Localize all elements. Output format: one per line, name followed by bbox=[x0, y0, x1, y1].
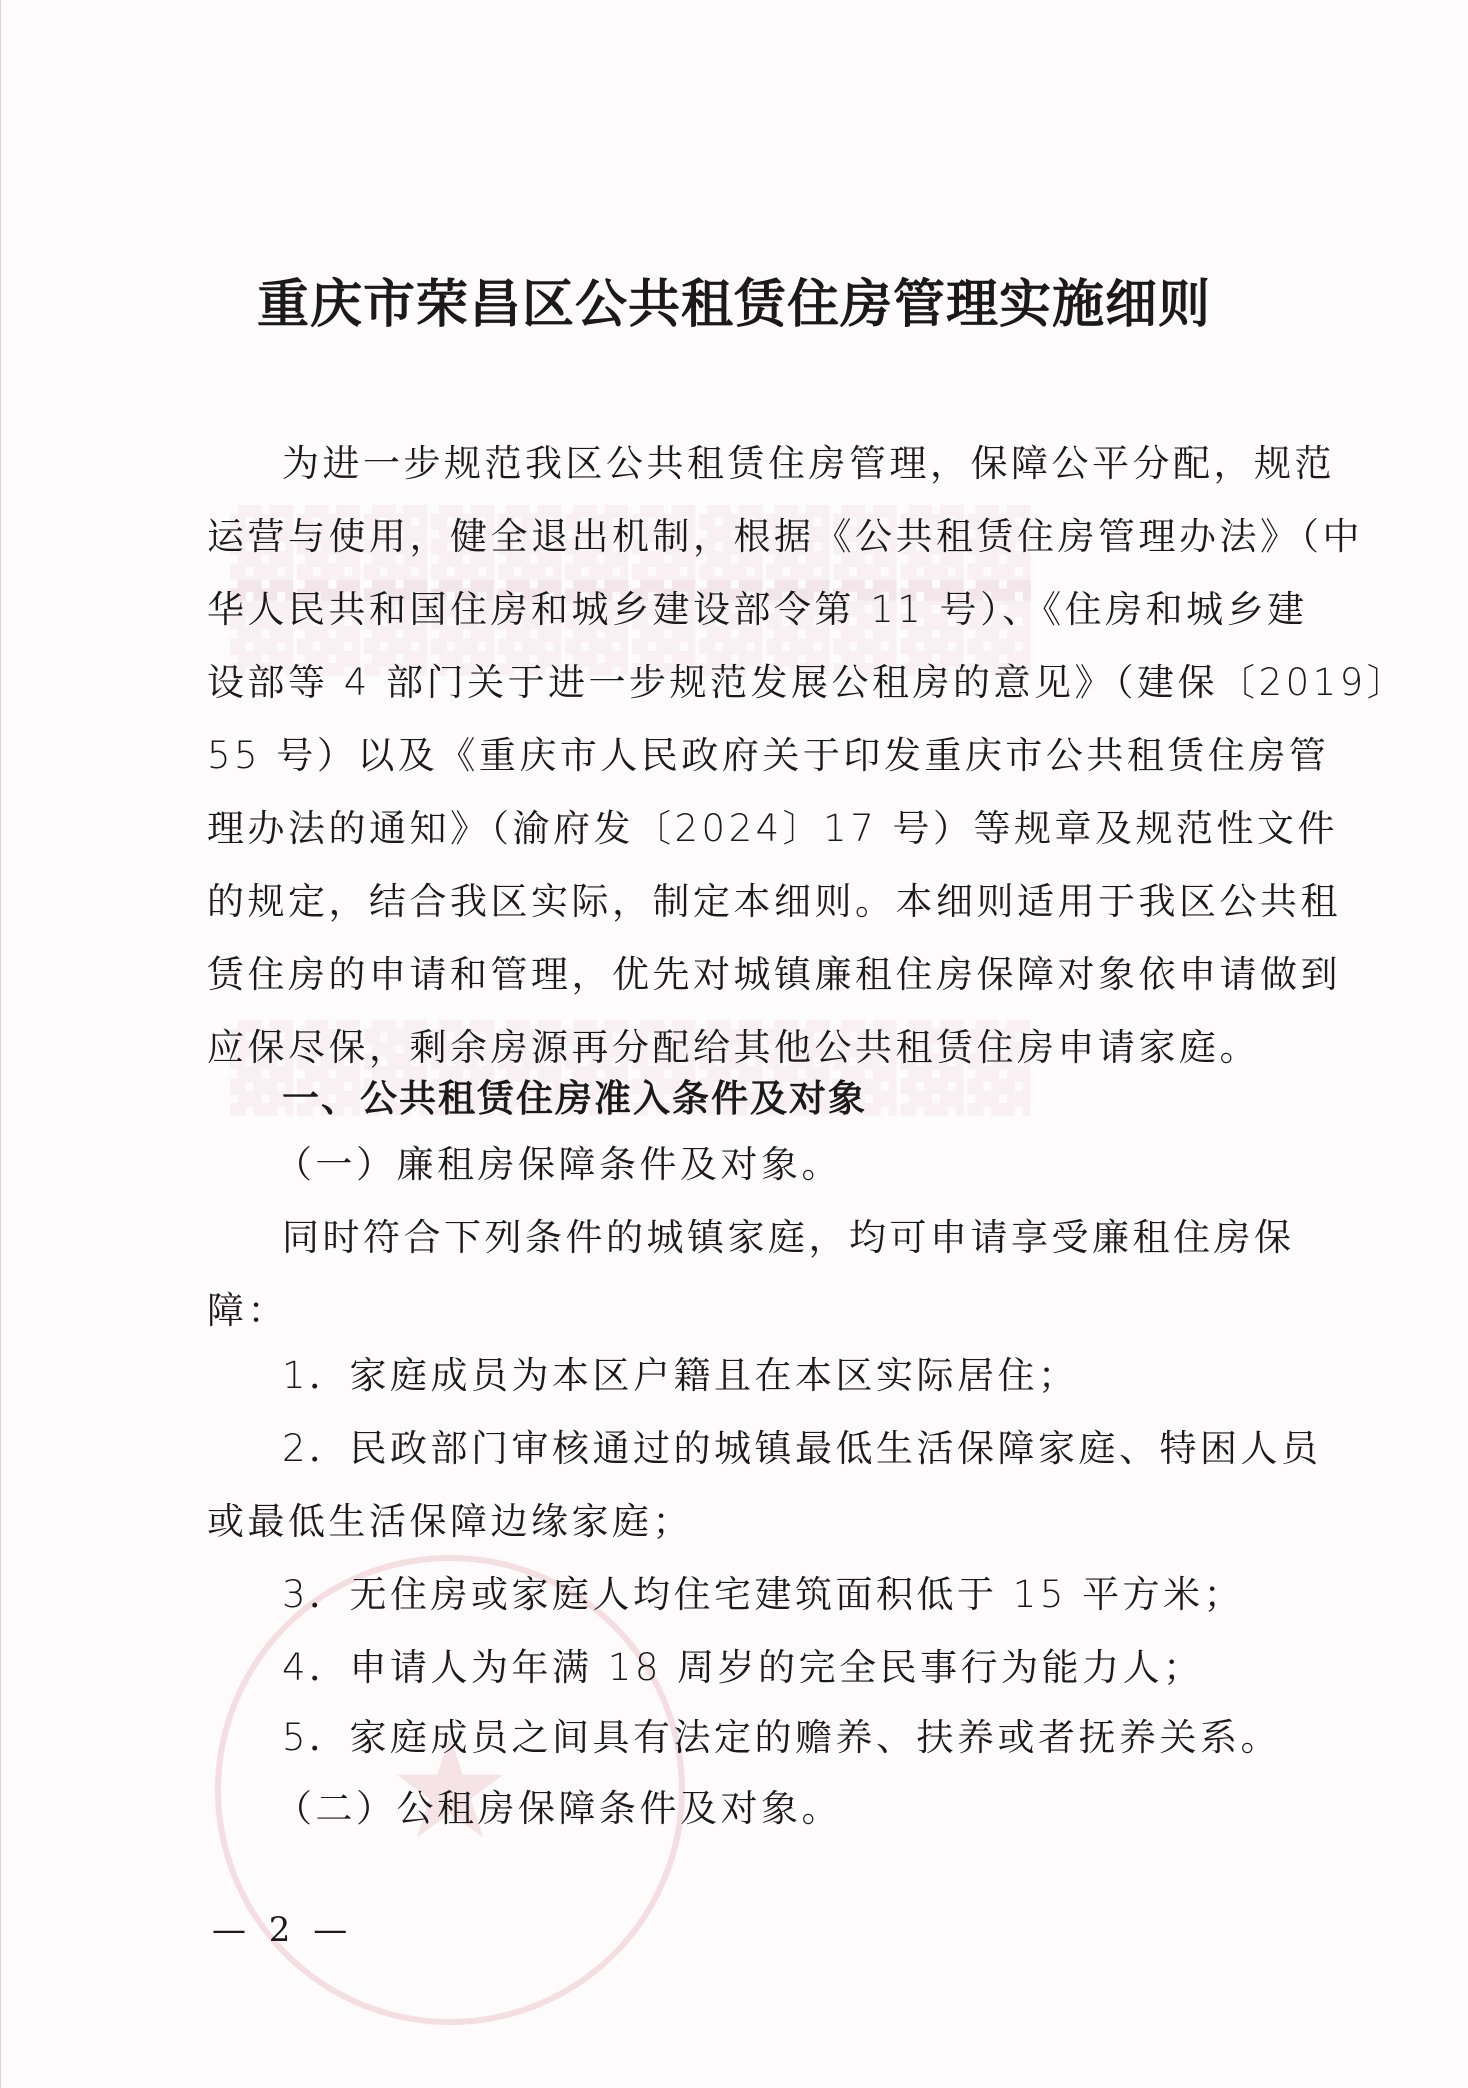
subsection-heading: （二）公租房保障条件及对象。 bbox=[275, 1778, 1360, 1832]
subsection-lead-line: 同时符合下列条件的城镇家庭，均可申请享受廉租住房保 bbox=[282, 1207, 1292, 1261]
intro-paragraph-line: 为进一步规范我区公共租赁住房管理，保障公平分配，规范 bbox=[282, 433, 1292, 487]
condition-item-continuation: 或最低生活保障边缘家庭； bbox=[207, 1491, 1292, 1545]
intro-paragraph-line: 55 号）以及《重庆市人民政府关于印发重庆市公共租赁住房管 bbox=[207, 725, 1292, 779]
document-title: 重庆市荣昌区公共租赁住房管理实施细则 bbox=[0, 262, 1468, 337]
intro-paragraph-line: 的规定，结合我区实际，制定本细则。本细则适用于我区公共租 bbox=[207, 871, 1292, 925]
intro-paragraph-line: 理办法的通知》（渝府发〔2024〕17 号）等规章及规范性文件 bbox=[207, 798, 1292, 852]
intro-paragraph-line: 运营与使用，健全退出机制，根据《公共租赁住房管理办法》（中 bbox=[207, 506, 1292, 560]
intro-paragraph-line: 华人民共和国住房和城乡建设部令第 11 号）、《住房和城乡建 bbox=[207, 579, 1292, 633]
section-heading: 一、公共租赁住房准入条件及对象 bbox=[282, 1068, 1292, 1122]
condition-item: 2．民政部门审核通过的城镇最低生活保障家庭、特困人员 bbox=[282, 1418, 1292, 1472]
subsection-heading: （一）廉租房保障条件及对象。 bbox=[275, 1134, 1360, 1188]
condition-item: 5．家庭成员之间具有法定的赡养、扶养或者抚养关系。 bbox=[282, 1707, 1292, 1761]
intro-paragraph-line: 应保尽保，剩余房源再分配给其他公共租赁住房申请家庭。 bbox=[207, 1017, 1292, 1071]
condition-item: 3．无住房或家庭人均住宅建筑面积低于 15 平方米； bbox=[282, 1564, 1292, 1618]
condition-item: 4．申请人为年满 18 周岁的完全民事行为能力人； bbox=[282, 1637, 1292, 1691]
condition-item: 1．家庭成员为本区户籍且在本区实际居住； bbox=[282, 1345, 1292, 1399]
subsection-lead-line: 障： bbox=[207, 1280, 1292, 1334]
intro-paragraph-line: 赁住房的申请和管理，优先对城镇廉租住房保障对象依申请做到 bbox=[207, 944, 1292, 998]
intro-paragraph-line: 设部等 4 部门关于进一步规范发展公租房的意见》（建保〔2019〕 bbox=[207, 652, 1292, 706]
page-number: — 2 — bbox=[212, 1910, 353, 1950]
